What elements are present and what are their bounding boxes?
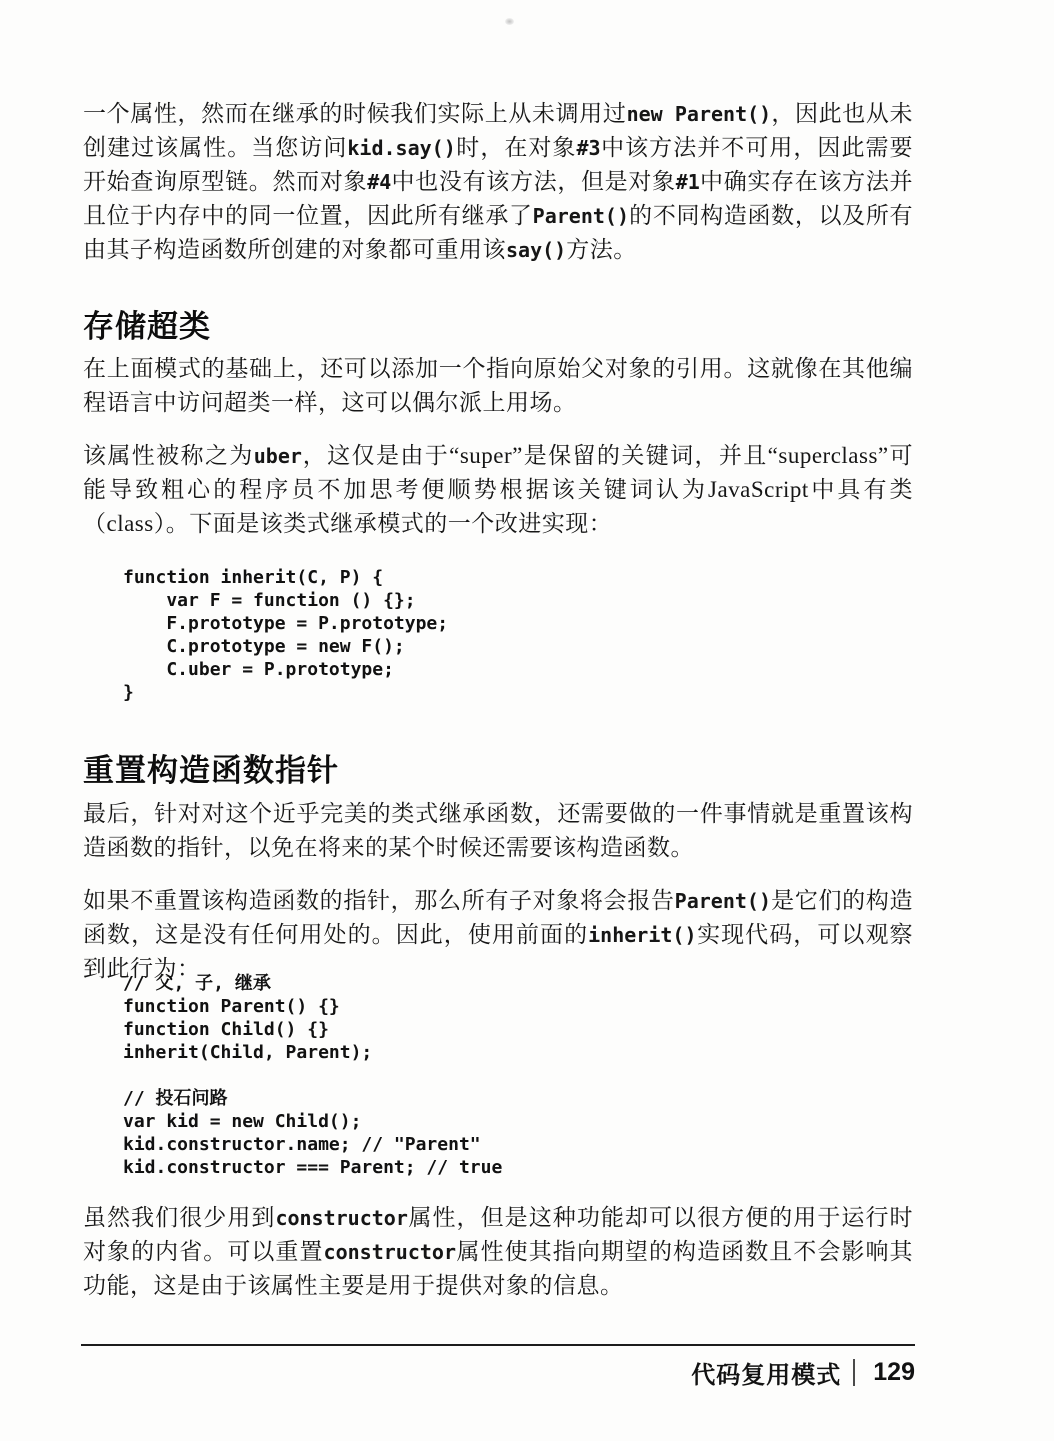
paragraph-constructor-report: 如果不重置该构造函数的指针，那么所有子对象将会报告Parent()是它们的构造函… [83,884,913,986]
footer-rule [81,1344,915,1346]
section-heading-storing-superclass: 存储超类 [83,301,913,346]
code-block-inherit-function: function inherit(C, P) { var F = functio… [123,566,903,704]
paragraph-uber-property: 该属性被称之为uber，这仅是由于“super”是保留的关键词，并且“super… [83,439,913,541]
paragraph-prototype-chain: 一个属性，然而在继承的时候我们实际上从未调用过new Parent()，因此也从… [83,97,913,267]
code-block-parent-child-demo: // 父, 子, 继承 function Parent() {} functio… [123,972,903,1179]
footer-section-title: 代码复用模式 [691,1355,841,1390]
paragraph-constructor-introspection: 虽然我们很少用到constructor属性，但是这种功能却可以很方便的用于运行时… [83,1201,913,1303]
book-page: 一个属性，然而在继承的时候我们实际上从未调用过new Parent()，因此也从… [0,0,1054,1441]
section-heading-reset-constructor-pointer: 重置构造函数指针 [83,745,913,790]
page-footer: 代码复用模式 129 [691,1355,915,1389]
paragraph-superclass-reference: 在上面模式的基础上，还可以添加一个指向原始父对象的引用。这就像在其他编程语言中访… [83,352,913,420]
footer-divider [853,1359,855,1386]
scan-artifact [505,18,514,25]
footer-page-number: 129 [873,1358,915,1387]
paragraph-reset-pointer: 最后，针对对这个近乎完美的类式继承函数，还需要做的一件事情就是重置该构造函数的指… [83,797,913,865]
